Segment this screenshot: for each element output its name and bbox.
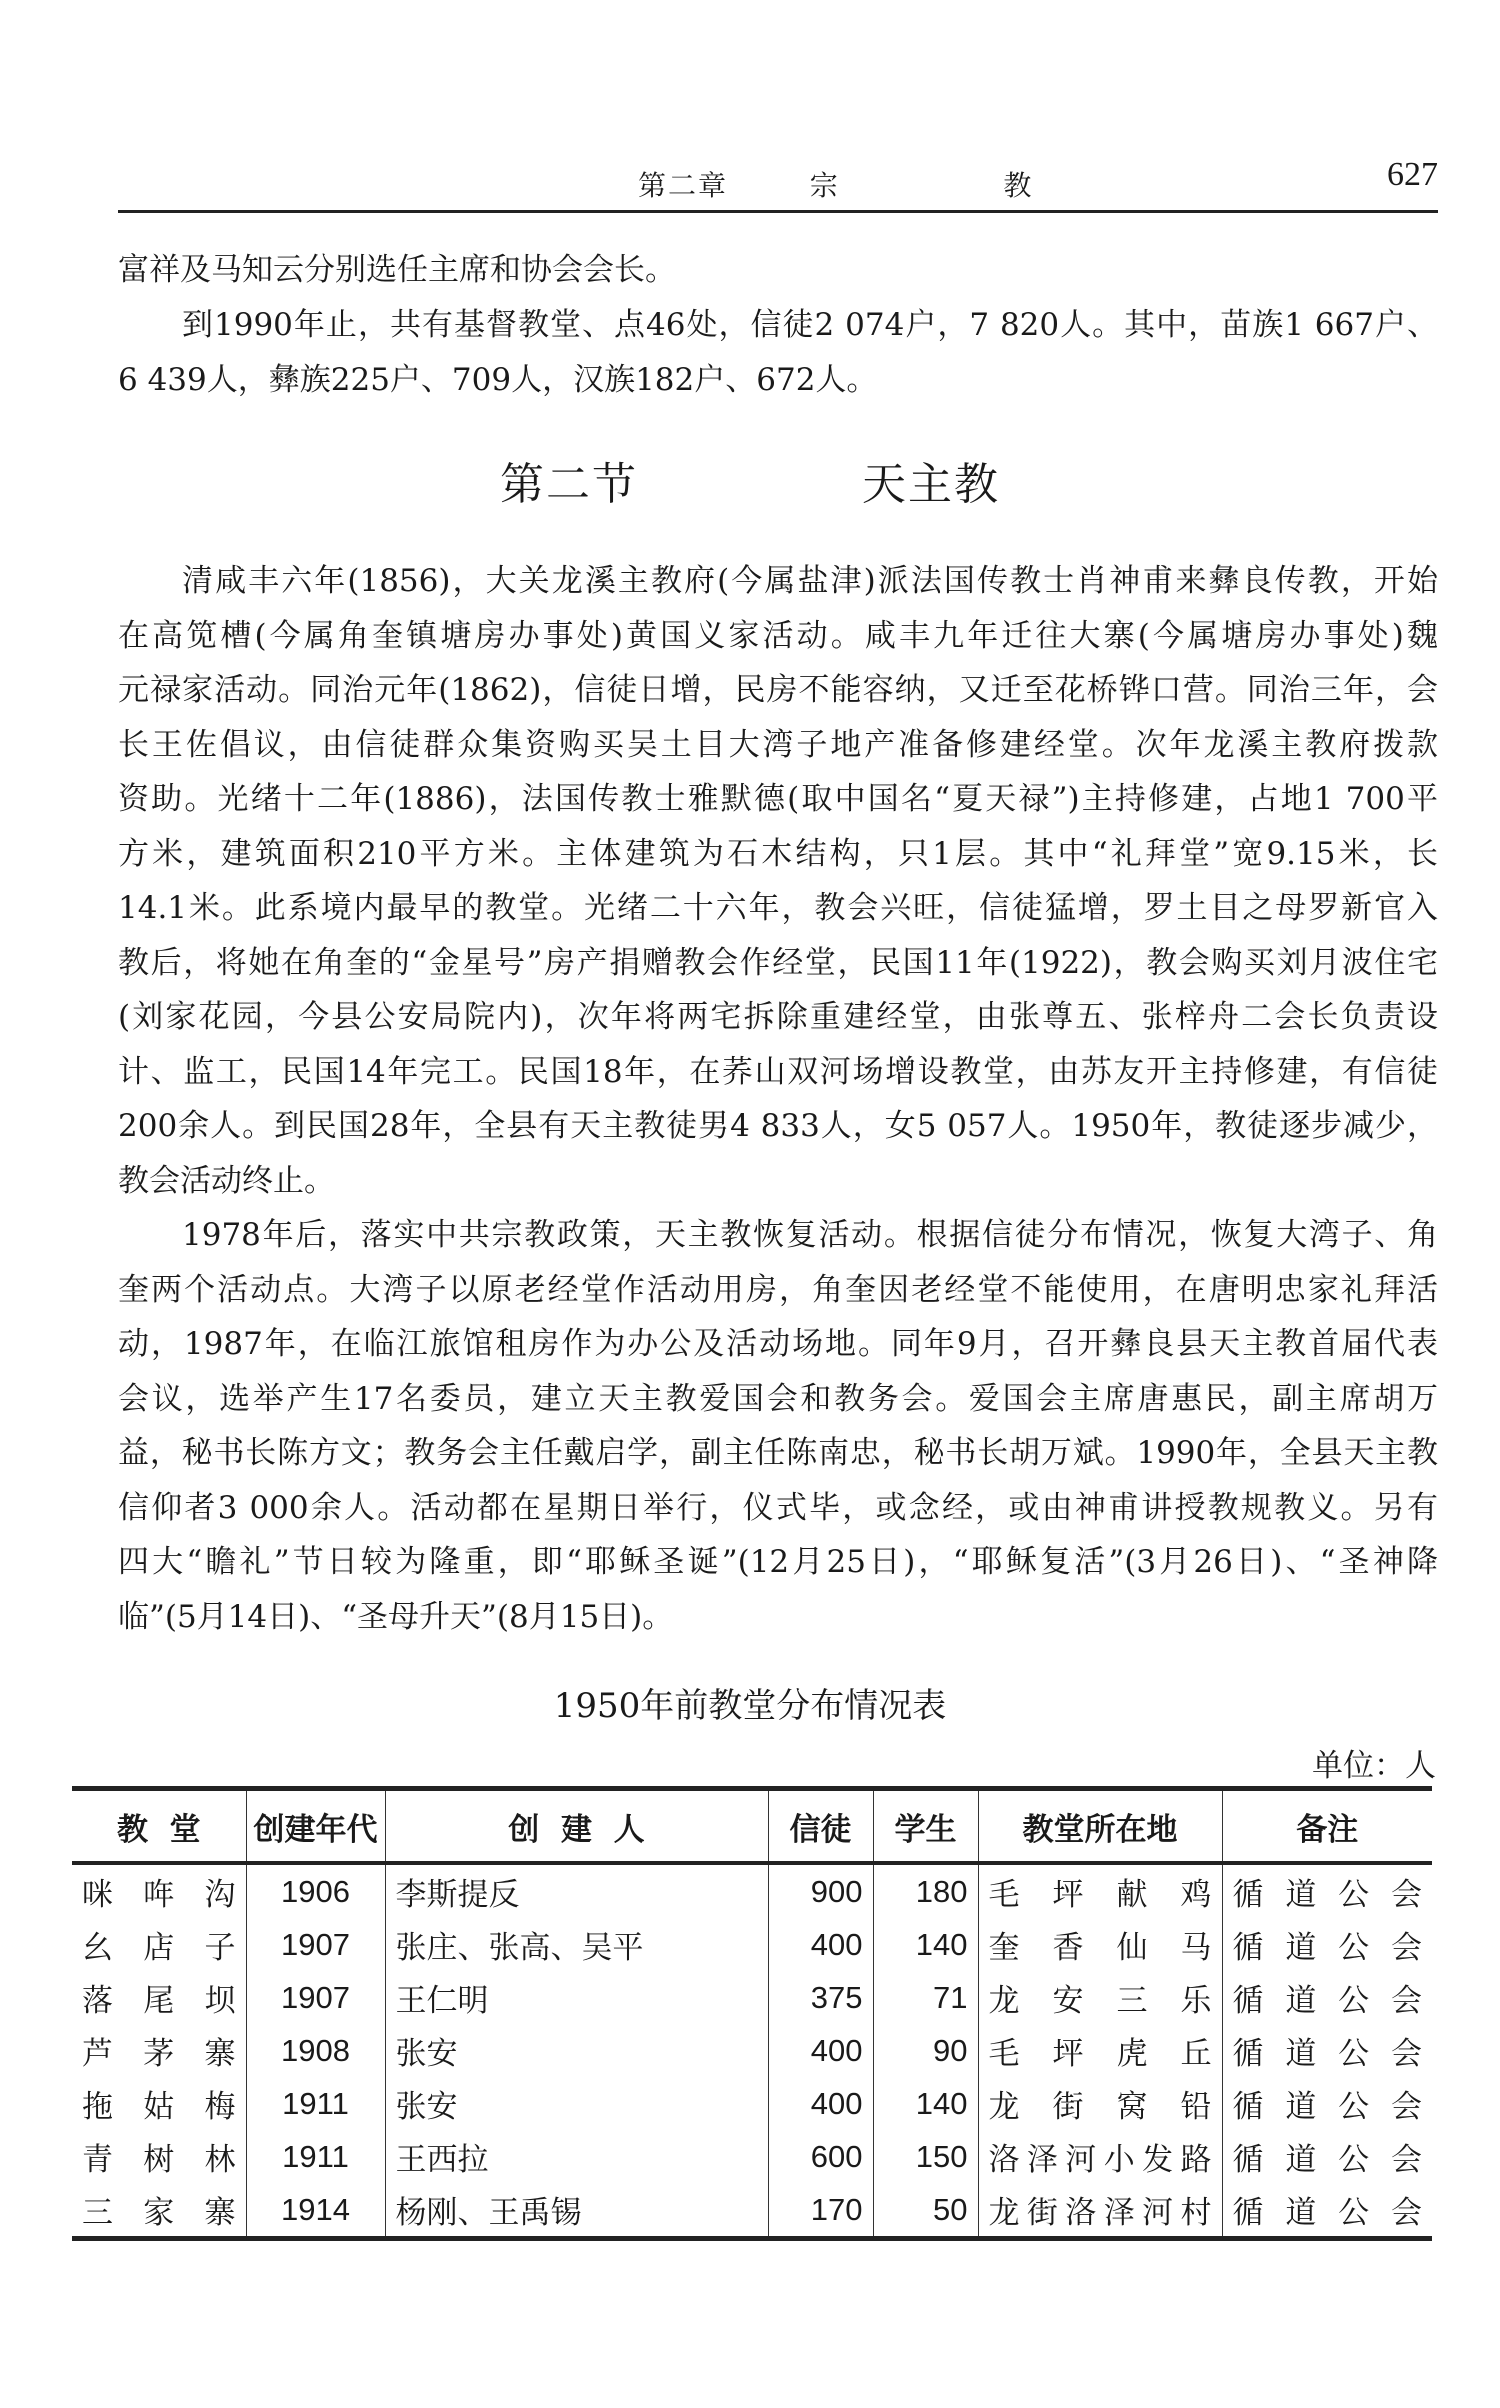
note-cell: 循道公会 bbox=[1222, 2024, 1432, 2077]
intro-paragraph-2: 到1990年止，共有基督教堂、点46处，信徒2 074户，7 820人。其中，苗… bbox=[118, 298, 1438, 407]
church-cell: 青树林 bbox=[72, 2130, 246, 2183]
believers-cell: 375 bbox=[768, 1971, 873, 2024]
church-cell: 芦茅寨 bbox=[72, 2024, 246, 2077]
table-row: 幺店子 1907 张庄、张高、吴平 400 140 奎香仙马 循道公会 bbox=[72, 1918, 1432, 1971]
text-line: 方米，建筑面积210平方米。主体建筑为石木结构，只1层。其中“礼拜堂”宽9.15… bbox=[118, 827, 1438, 882]
founder-cell: 王仁明 bbox=[385, 1971, 768, 2024]
header-rule bbox=[118, 210, 1438, 213]
note-cell: 循道公会 bbox=[1222, 2183, 1432, 2239]
students-cell: 90 bbox=[873, 2024, 978, 2077]
document-page: 第二章 宗 教 627 富祥及马知云分别选任主席和协会会长。 到1990年止，共… bbox=[0, 0, 1500, 2408]
year-cell: 1907 bbox=[246, 1971, 385, 2024]
text-line: 奎两个活动点。大湾子以原老经堂作活动用房，角奎因老经堂不能使用，在唐明忠家礼拜活 bbox=[118, 1263, 1438, 1318]
location-cell: 龙安三乐 bbox=[978, 1971, 1222, 2024]
note-cell: 循道公会 bbox=[1222, 1971, 1432, 2024]
text-line: 在高笕槽(今属角奎镇塘房办事处)黄国义家活动。咸丰九年迁往大寨(今属塘房办事处)… bbox=[118, 609, 1438, 664]
text-line: 清咸丰六年(1856)，大关龙溪主教府(今属盐津)派法国传教士肖神甫来彝良传教，… bbox=[118, 554, 1438, 609]
table-row: 咪哖沟 1906 李斯提反 900 180 毛坪献鸡 循道公会 bbox=[72, 1863, 1432, 1918]
table-row: 落尾坝 1907 王仁明 375 71 龙安三乐 循道公会 bbox=[72, 1971, 1432, 2024]
column-header-founder: 创 建 人 bbox=[385, 1789, 768, 1864]
year-cell: 1908 bbox=[246, 2024, 385, 2077]
students-cell: 140 bbox=[873, 2077, 978, 2130]
table-row: 芦茅寨 1908 张安 400 90 毛坪虎丘 循道公会 bbox=[72, 2024, 1432, 2077]
year-cell: 1906 bbox=[246, 1863, 385, 1918]
table-row: 拖姑梅 1911 张安 400 140 龙街窝铅 循道公会 bbox=[72, 2077, 1432, 2130]
students-cell: 180 bbox=[873, 1863, 978, 1918]
text-line: 资助。光绪十二年(1886)，法国传教士雅默德(取中国名“夏天禄”)主持修建，占… bbox=[118, 772, 1438, 827]
text-line: 四大“瞻礼”节日较为隆重，即“耶稣圣诞”(12月25日)，“耶稣复活”(3月26… bbox=[118, 1535, 1438, 1590]
section-title: 第二节 天主教 bbox=[0, 448, 1500, 512]
text-line: 教后，将她在角奎的“金星号”房产捐赠教会作经堂，民国11年(1922)，教会购买… bbox=[118, 936, 1438, 991]
note-cell: 循道公会 bbox=[1222, 1918, 1432, 1971]
column-header-church: 教 堂 bbox=[72, 1789, 246, 1864]
text-line: 教会活动终止。 bbox=[118, 1154, 1438, 1209]
founder-cell: 杨刚、王禹锡 bbox=[385, 2183, 768, 2239]
church-cell: 咪哖沟 bbox=[72, 1863, 246, 1918]
year-cell: 1907 bbox=[246, 1918, 385, 1971]
text-line: 富祥及马知云分别选任主席和协会会长。 bbox=[118, 243, 1438, 298]
founder-cell: 张庄、张高、吴平 bbox=[385, 1918, 768, 1971]
students-cell: 140 bbox=[873, 1918, 978, 1971]
year-cell: 1911 bbox=[246, 2077, 385, 2130]
students-cell: 50 bbox=[873, 2183, 978, 2239]
note-cell: 循道公会 bbox=[1222, 2130, 1432, 2183]
body-paragraph-2: 1978年后，落实中共宗教政策，天主教恢复活动。根据信徒分布情况，恢复大湾子、角… bbox=[118, 1208, 1438, 1644]
founder-cell: 李斯提反 bbox=[385, 1863, 768, 1918]
column-header-year: 创建年代 bbox=[246, 1789, 385, 1864]
church-cell: 幺店子 bbox=[72, 1918, 246, 1971]
note-cell: 循道公会 bbox=[1222, 1863, 1432, 1918]
text-line: 计、监工，民国14年完工。民国18年，在荞山双河场增设教堂，由苏友开主持修建，有… bbox=[118, 1045, 1438, 1100]
believers-cell: 600 bbox=[768, 2130, 873, 2183]
location-cell: 洛泽河小发路 bbox=[978, 2130, 1222, 2183]
believers-cell: 400 bbox=[768, 1918, 873, 1971]
table-header-row: 教 堂 创建年代 创 建 人 信徒 学生 教堂所在地 备注 bbox=[72, 1789, 1432, 1864]
text-line: 到1990年止，共有基督教堂、点46处，信徒2 074户，7 820人。其中，苗… bbox=[118, 298, 1438, 353]
founder-cell: 张安 bbox=[385, 2077, 768, 2130]
table-title: 1950年前教堂分布情况表 bbox=[0, 1678, 1500, 1727]
table-row: 三家寨 1914 杨刚、王禹锡 170 50 龙街洛泽河村 循道公会 bbox=[72, 2183, 1432, 2239]
text-line: 14.1米。此系境内最早的教堂。光绪二十六年，教会兴旺，信徒猛增，罗土目之母罗新… bbox=[118, 881, 1438, 936]
believers-cell: 900 bbox=[768, 1863, 873, 1918]
note-cell: 循道公会 bbox=[1222, 2077, 1432, 2130]
students-cell: 150 bbox=[873, 2130, 978, 2183]
location-cell: 龙街窝铅 bbox=[978, 2077, 1222, 2130]
text-line: 1978年后，落实中共宗教政策，天主教恢复活动。根据信徒分布情况，恢复大湾子、角 bbox=[118, 1208, 1438, 1263]
church-cell: 三家寨 bbox=[72, 2183, 246, 2239]
founder-cell: 张安 bbox=[385, 2024, 768, 2077]
table-row: 青树林 1911 王西拉 600 150 洛泽河小发路 循道公会 bbox=[72, 2130, 1432, 2183]
church-distribution-table: 教 堂 创建年代 创 建 人 信徒 学生 教堂所在地 备注 咪哖沟 1906 李… bbox=[72, 1786, 1432, 2241]
page-number: 627 bbox=[1387, 156, 1438, 194]
text-line: 会议，选举产生17名委员，建立天主教爱国会和教务会。爱国会主席唐惠民，副主席胡万 bbox=[118, 1372, 1438, 1427]
table-unit: 单位：人 bbox=[1312, 1740, 1436, 1785]
column-header-location: 教堂所在地 bbox=[978, 1789, 1222, 1864]
believers-cell: 400 bbox=[768, 2024, 873, 2077]
location-cell: 龙街洛泽河村 bbox=[978, 2183, 1222, 2239]
text-line: 益，秘书长陈方文；教务会主任戴启学，副主任陈南忠，秘书长胡万斌。1990年，全县… bbox=[118, 1426, 1438, 1481]
column-header-note: 备注 bbox=[1222, 1789, 1432, 1864]
text-line: 信仰者3 000余人。活动都在星期日举行，仪式毕，或念经，或由神甫讲授教规教义。… bbox=[118, 1481, 1438, 1536]
year-cell: 1914 bbox=[246, 2183, 385, 2239]
year-cell: 1911 bbox=[246, 2130, 385, 2183]
column-header-students: 学生 bbox=[873, 1789, 978, 1864]
text-line: 元禄家活动。同治元年(1862)，信徒日增，民房不能容纳，又迁至花桥铧口营。同治… bbox=[118, 663, 1438, 718]
founder-cell: 王西拉 bbox=[385, 2130, 768, 2183]
intro-paragraph-1: 富祥及马知云分别选任主席和协会会长。 bbox=[118, 243, 1438, 298]
running-header: 第二章 宗 教 627 bbox=[118, 150, 1438, 210]
text-line: (刘家花园，今县公安局院内)，次年将两宅拆除重建经堂，由张尊五、张梓舟二会长负责… bbox=[118, 990, 1438, 1045]
chapter-title: 第二章 宗 教 bbox=[638, 164, 1033, 204]
location-cell: 毛坪虎丘 bbox=[978, 2024, 1222, 2077]
column-header-believers: 信徒 bbox=[768, 1789, 873, 1864]
text-line: 动，1987年，在临江旅馆租房作为办公及活动场地。同年9月，召开彝良县天主教首届… bbox=[118, 1317, 1438, 1372]
believers-cell: 400 bbox=[768, 2077, 873, 2130]
location-cell: 奎香仙马 bbox=[978, 1918, 1222, 1971]
text-line: 临”(5月14日)、“圣母升天”(8月15日)。 bbox=[118, 1590, 1438, 1645]
text-line: 200余人。到民国28年，全县有天主教徒男4 833人，女5 057人。1950… bbox=[118, 1099, 1438, 1154]
students-cell: 71 bbox=[873, 1971, 978, 2024]
location-cell: 毛坪献鸡 bbox=[978, 1863, 1222, 1918]
believers-cell: 170 bbox=[768, 2183, 873, 2239]
church-cell: 落尾坝 bbox=[72, 1971, 246, 2024]
text-line: 长王佐倡议，由信徒群众集资购买吴土目大湾子地产准备修建经堂。次年龙溪主教府拨款 bbox=[118, 718, 1438, 773]
church-cell: 拖姑梅 bbox=[72, 2077, 246, 2130]
body-paragraph-1: 清咸丰六年(1856)，大关龙溪主教府(今属盐津)派法国传教士肖神甫来彝良传教，… bbox=[118, 554, 1438, 1208]
text-line: 6 439人，彝族225户、709人，汉族182户、672人。 bbox=[118, 353, 1438, 408]
